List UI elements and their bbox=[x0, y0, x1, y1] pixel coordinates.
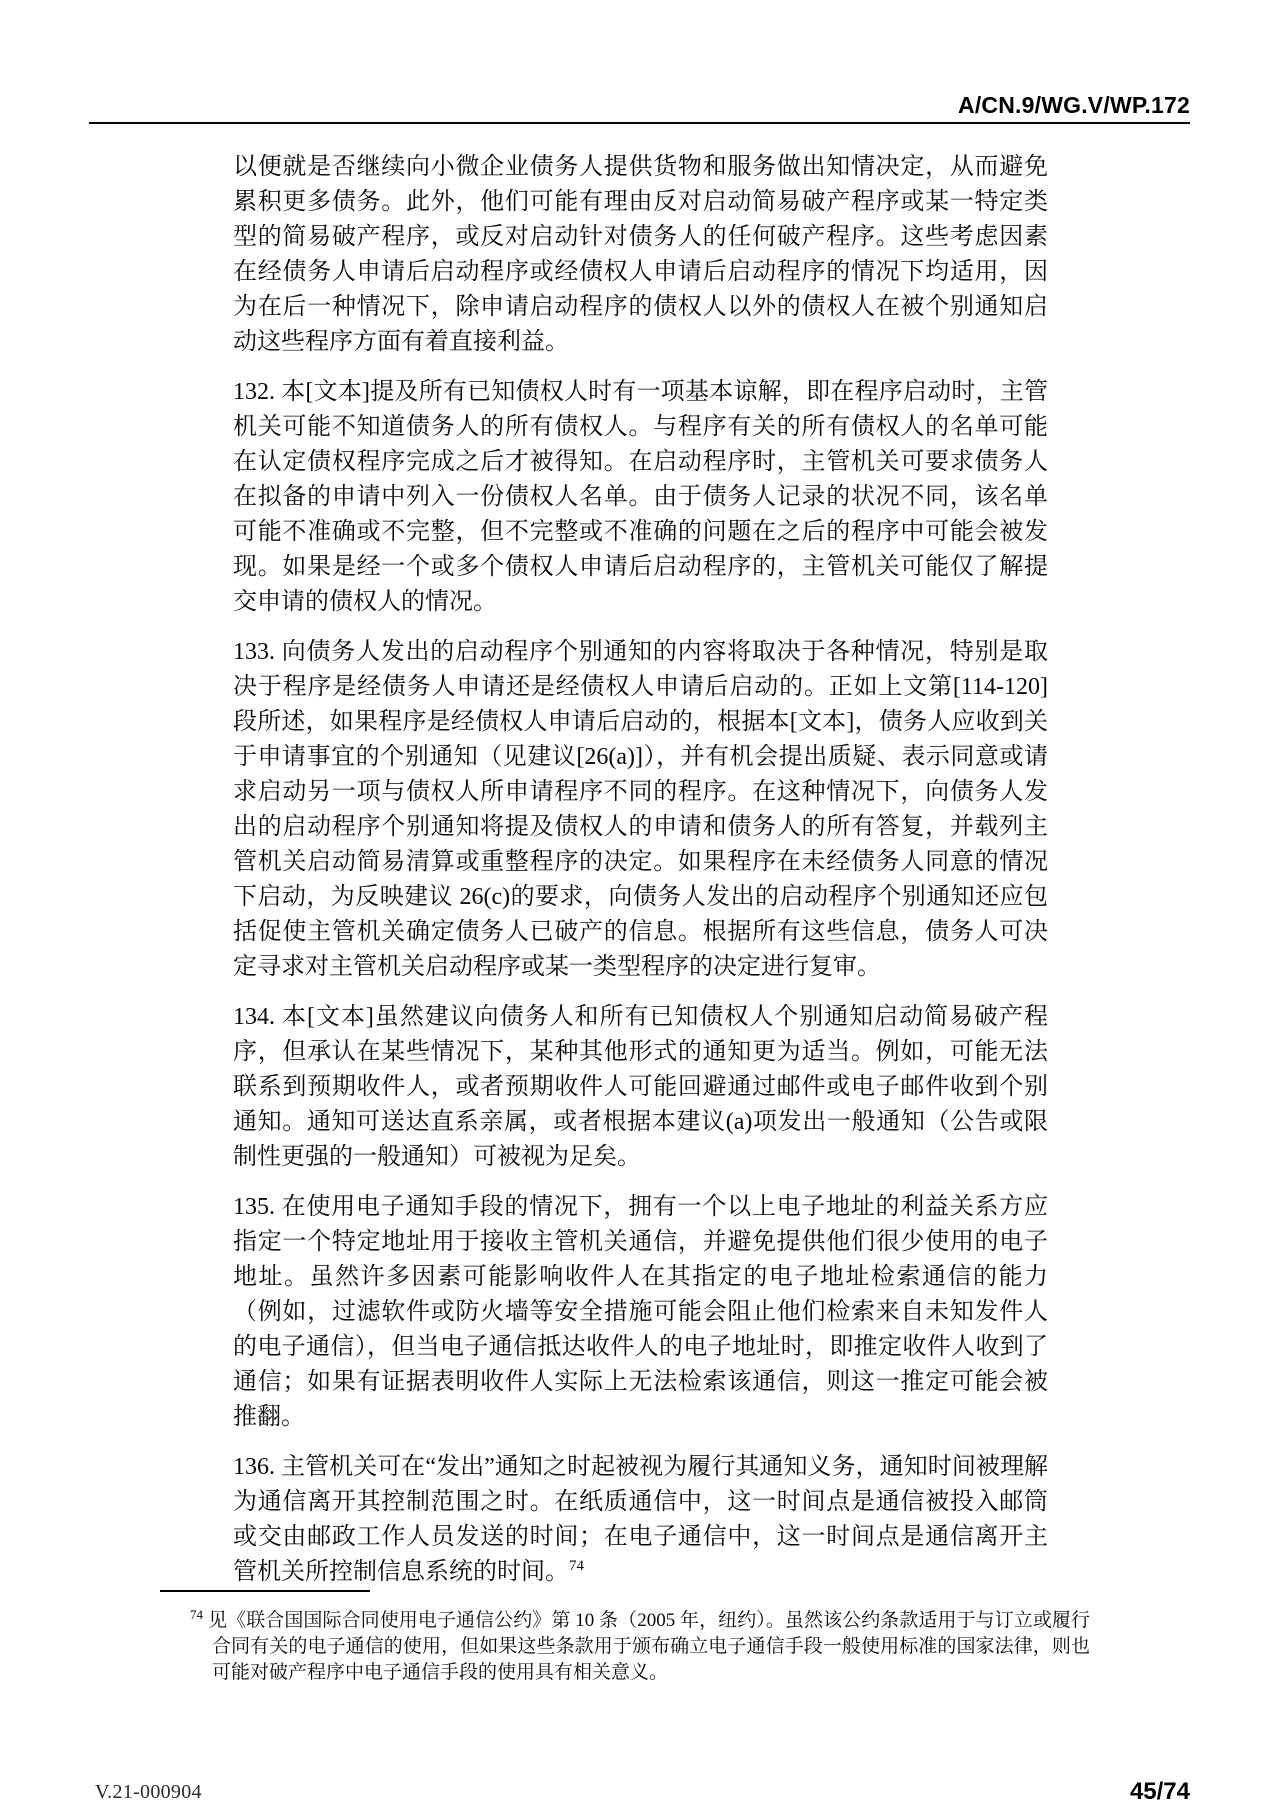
body-paragraph: 134. 本[文本]虽然建议向债务人和所有已知债权人个别通知启动简易破产程序，但… bbox=[233, 1000, 1048, 1175]
body-paragraph: 133. 向债务人发出的启动程序个别通知的内容将取决于各种情况，特别是取决于程序… bbox=[233, 635, 1048, 985]
footnote-separator bbox=[160, 1590, 370, 1592]
document-body: 以便就是否继续向小微企业债务人提供货物和服务做出知情决定，从而避免累积更多债务。… bbox=[233, 150, 1048, 1605]
body-paragraph: 132. 本[文本]提及所有已知债权人时有一项基本谅解，即在程序启动时，主管机关… bbox=[233, 375, 1048, 620]
paragraph-text: 136. 主管机关可在“发出”通知之时起被视为履行其通知义务，通知时间被理解为通… bbox=[233, 1454, 1048, 1585]
footnote-marker: 74 bbox=[190, 1607, 208, 1622]
document-symbol: A/CN.9/WG.V/WP.172 bbox=[958, 92, 1190, 119]
body-paragraph: 136. 主管机关可在“发出”通知之时起被视为履行其通知义务，通知时间被理解为通… bbox=[233, 1450, 1048, 1590]
footnote-block: 74见《联合国国际合同使用电子通信公约》第 10 条（2005 年，纽约）。虽然… bbox=[190, 1608, 1090, 1686]
header-rule bbox=[89, 122, 1190, 124]
document-page: A/CN.9/WG.V/WP.172 以便就是否继续向小微企业债务人提供货物和服… bbox=[0, 0, 1280, 1809]
job-number: V.21-000904 bbox=[95, 1781, 202, 1804]
page-number: 45/74 bbox=[1130, 1778, 1190, 1806]
body-paragraph: 以便就是否继续向小微企业债务人提供货物和服务做出知情决定，从而避免累积更多债务。… bbox=[233, 150, 1048, 360]
footnote-item: 74见《联合国国际合同使用电子通信公约》第 10 条（2005 年，纽约）。虽然… bbox=[190, 1608, 1090, 1686]
footnote-text: 见《联合国国际合同使用电子通信公约》第 10 条（2005 年，纽约）。虽然该公… bbox=[208, 1610, 1090, 1683]
body-paragraph: 135. 在使用电子通知手段的情况下，拥有一个以上电子地址的利益关系方应指定一个… bbox=[233, 1190, 1048, 1435]
footnote-ref: 74 bbox=[569, 1558, 584, 1574]
